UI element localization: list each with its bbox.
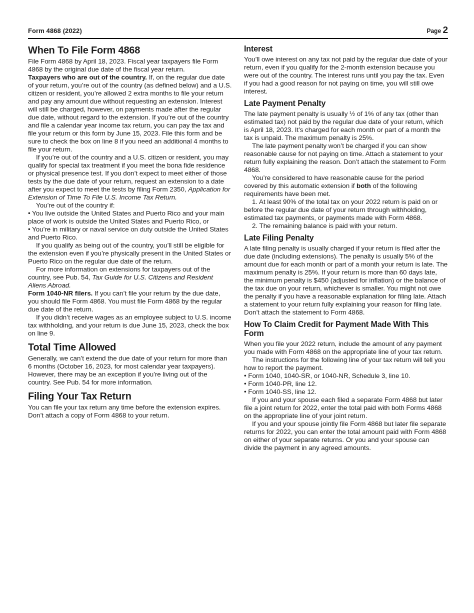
paragraph: The late payment penalty won’t be charge… (244, 142, 448, 174)
paragraph: The instructions for the following line … (244, 356, 448, 372)
section-heading: Filing Your Tax Return (28, 391, 232, 402)
text-segment: 1. At least 90% of the total tax on your… (244, 198, 438, 222)
paragraph: Form 1040-NR filers. If you can’t file y… (28, 290, 232, 314)
text-segment: The instructions for the following line … (244, 356, 445, 372)
paragraph: When you file your 2022 return, include … (244, 340, 448, 356)
page-word: Page (427, 28, 441, 35)
text-segment: You’re out of the country if: (36, 202, 115, 210)
text-segment: If you qualify as being out of the count… (28, 242, 231, 266)
text-segment: You’ll owe interest on any tax not paid … (244, 56, 447, 96)
paragraph: You’ll owe interest on any tax not paid … (244, 56, 448, 96)
paragraph: For more information on extensions for t… (28, 266, 232, 290)
paragraph: • You’re in military or naval service on… (28, 226, 232, 242)
text-segment: If you and your spouse each filed a sepa… (244, 396, 442, 420)
paragraph: • Form 1040-PR, line 12. (244, 380, 448, 388)
text-segment: Form 1040-NR filers. (28, 290, 93, 298)
section-heading: Late Payment Penalty (244, 100, 448, 109)
form-4868-page-2: Form 4868 (2022) Page 2 When To File For… (0, 0, 474, 613)
paragraph: The late payment penalty is usually ½ of… (244, 110, 448, 142)
paragraph: If you and your spouse each filed a sepa… (244, 396, 448, 420)
paragraph: • Form 1040-SS, line 12. (244, 388, 448, 396)
paragraph: You can file your tax return any time be… (28, 404, 232, 420)
text-segment: If, on the regular due date of your retu… (28, 74, 232, 154)
paragraph: If you and your spouse jointly file Form… (244, 420, 448, 452)
text-segment: • You live outside the United States and… (28, 210, 224, 226)
text-segment: • You’re in military or naval service on… (28, 226, 228, 242)
text-segment: A late filing penalty is usually charged… (244, 245, 448, 317)
text-segment: File Form 4868 by April 18, 2023. Fiscal… (28, 58, 218, 74)
text-segment: If you didn’t receive wages as an employ… (28, 314, 231, 338)
page-number: Page 2 (427, 25, 448, 36)
paragraph: If you’re out of the country and a U.S. … (28, 154, 232, 202)
text-segment: 2. The remaining balance is paid with yo… (252, 222, 397, 230)
paragraph: • You live outside the United States and… (28, 210, 232, 226)
section-heading: Late Filing Penalty (244, 234, 448, 243)
section-heading: Interest (244, 45, 448, 54)
page-number-value: 2 (443, 25, 448, 36)
header-divider (28, 38, 448, 39)
page-header: Form 4868 (2022) Page 2 (28, 25, 448, 36)
form-id-label: Form 4868 (2022) (28, 27, 82, 35)
paragraph: • Form 1040, 1040-SR, or 1040-NR, Schedu… (244, 372, 448, 380)
text-segment: both (357, 182, 371, 190)
paragraph: Generally, we can’t extend the due date … (28, 355, 232, 387)
text-segment: • Form 1040-SS, line 12. (244, 388, 316, 396)
paragraph: Taxpayers who are out of the country. If… (28, 74, 232, 154)
text-segment: Generally, we can’t extend the due date … (28, 355, 227, 387)
paragraph: You’re out of the country if: (28, 202, 232, 210)
right-column: InterestYou’ll owe interest on any tax n… (244, 44, 448, 452)
text-segment: • Form 1040, 1040-SR, or 1040-NR, Schedu… (244, 372, 410, 380)
left-column: When To File Form 4868File Form 4868 by … (28, 44, 232, 452)
document-page: Form 4868 (2022) Page 2 When To File For… (0, 0, 474, 613)
paragraph: 1. At least 90% of the total tax on your… (244, 198, 448, 222)
text-segment: The late payment penalty won’t be charge… (244, 142, 446, 174)
paragraph: A late filing penalty is usually charged… (244, 245, 448, 317)
paragraph: File Form 4868 by April 18, 2023. Fiscal… (28, 58, 232, 74)
text-segment: • Form 1040-PR, line 12. (244, 380, 317, 388)
paragraph: 2. The remaining balance is paid with yo… (244, 222, 448, 230)
text-segment: The late payment penalty is usually ½ of… (244, 110, 443, 142)
two-column-body: When To File Form 4868File Form 4868 by … (28, 44, 448, 452)
text-segment: If you and your spouse jointly file Form… (244, 420, 446, 452)
text-segment: When you file your 2022 return, include … (244, 340, 443, 356)
paragraph: You’re considered to have reasonable cau… (244, 174, 448, 198)
section-heading: How To Claim Credit for Payment Made Wit… (244, 321, 448, 339)
paragraph: If you didn’t receive wages as an employ… (28, 314, 232, 338)
section-heading: When To File Form 4868 (28, 45, 232, 56)
paragraph: If you qualify as being out of the count… (28, 242, 232, 266)
text-segment: Taxpayers who are out of the country. (28, 74, 147, 82)
text-segment: You can file your tax return any time be… (28, 404, 221, 420)
section-heading: Total Time Allowed (28, 342, 232, 353)
